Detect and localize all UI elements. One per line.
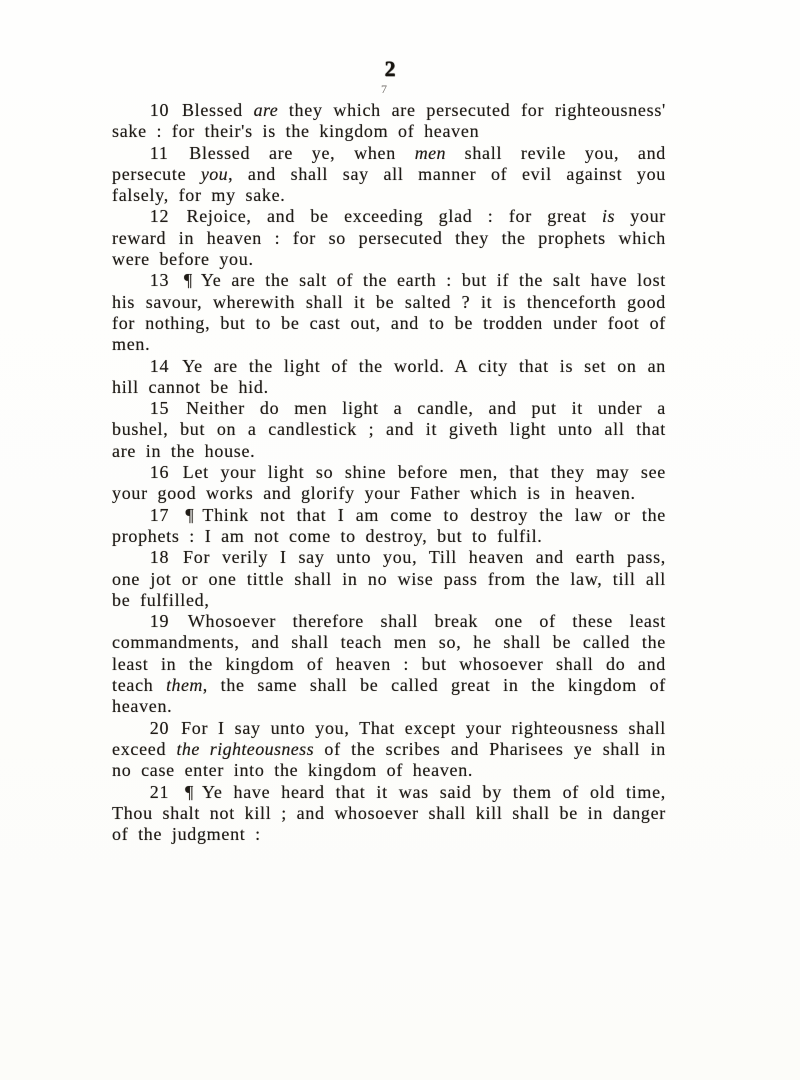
verse-19: 19 Whosoever therefore shall break one o…	[112, 611, 666, 717]
verse-number: 19	[150, 611, 188, 631]
verse-text: Blessed are ye, when	[189, 143, 414, 163]
verse-list: 10 Blessed are they which are persecuted…	[112, 100, 666, 845]
verse-13: 13 ¶Ye are the salt of the earth : but i…	[112, 270, 666, 355]
verse-number: 16	[150, 462, 183, 482]
verse-text: For verily I say unto you, Till heaven a…	[112, 547, 666, 610]
verse-text: Neither do men light a candle, and put i…	[112, 398, 666, 461]
italic-text: is	[602, 206, 615, 226]
verse-12: 12 Rejoice, and be exceeding glad : for …	[112, 206, 666, 270]
verse-14: 14 Ye are the light of the world. A city…	[112, 356, 666, 399]
verse-number: 17	[150, 505, 183, 525]
pilcrow-icon: ¶	[183, 505, 203, 525]
verse-number: 12	[150, 206, 187, 226]
verse-number: 13	[150, 270, 181, 290]
verse-number: 11	[150, 143, 190, 163]
italic-text: men	[415, 143, 446, 163]
verse-number: 20	[150, 718, 181, 738]
italic-text: the righteousness	[177, 739, 314, 759]
page-number: 2	[112, 56, 668, 82]
pilcrow-icon: ¶	[182, 782, 202, 802]
verse-number: 14	[150, 356, 182, 376]
verse-text: Blessed	[182, 100, 254, 120]
italic-text: them	[166, 675, 203, 695]
verse-text: Let your light so shine before men, that…	[112, 462, 666, 503]
scanned-book-page: 2 7 10 Blessed are they which are persec…	[0, 0, 800, 1080]
verse-20: 20 For I say unto you, That except your …	[112, 718, 666, 782]
verse-11: 11 Blessed are ye, when men shall revile…	[112, 143, 666, 207]
verse-number: 21	[150, 782, 182, 802]
pilcrow-icon: ¶	[181, 270, 201, 290]
verse-number: 10	[150, 100, 182, 120]
italic-text: are	[254, 100, 279, 120]
verse-number: 15	[150, 398, 186, 418]
verse-text: Rejoice, and be exceeding glad : for gre…	[187, 206, 603, 226]
verse-10: 10 Blessed are they which are persecuted…	[112, 100, 666, 143]
verse-17: 17 ¶Think not that I am come to destroy …	[112, 505, 666, 548]
verse-number: 18	[150, 547, 183, 567]
verse-16: 16 Let your light so shine before men, t…	[112, 462, 666, 505]
verse-18: 18 For verily I say unto you, Till heave…	[112, 547, 666, 611]
ink-smudge: 7	[106, 82, 662, 97]
italic-text: you	[201, 164, 228, 184]
verse-15: 15 Neither do men light a candle, and pu…	[112, 398, 666, 462]
verse-21: 21 ¶Ye have heard that it was said by th…	[112, 782, 666, 846]
verse-text: Ye are the light of the world. A city th…	[112, 356, 666, 397]
